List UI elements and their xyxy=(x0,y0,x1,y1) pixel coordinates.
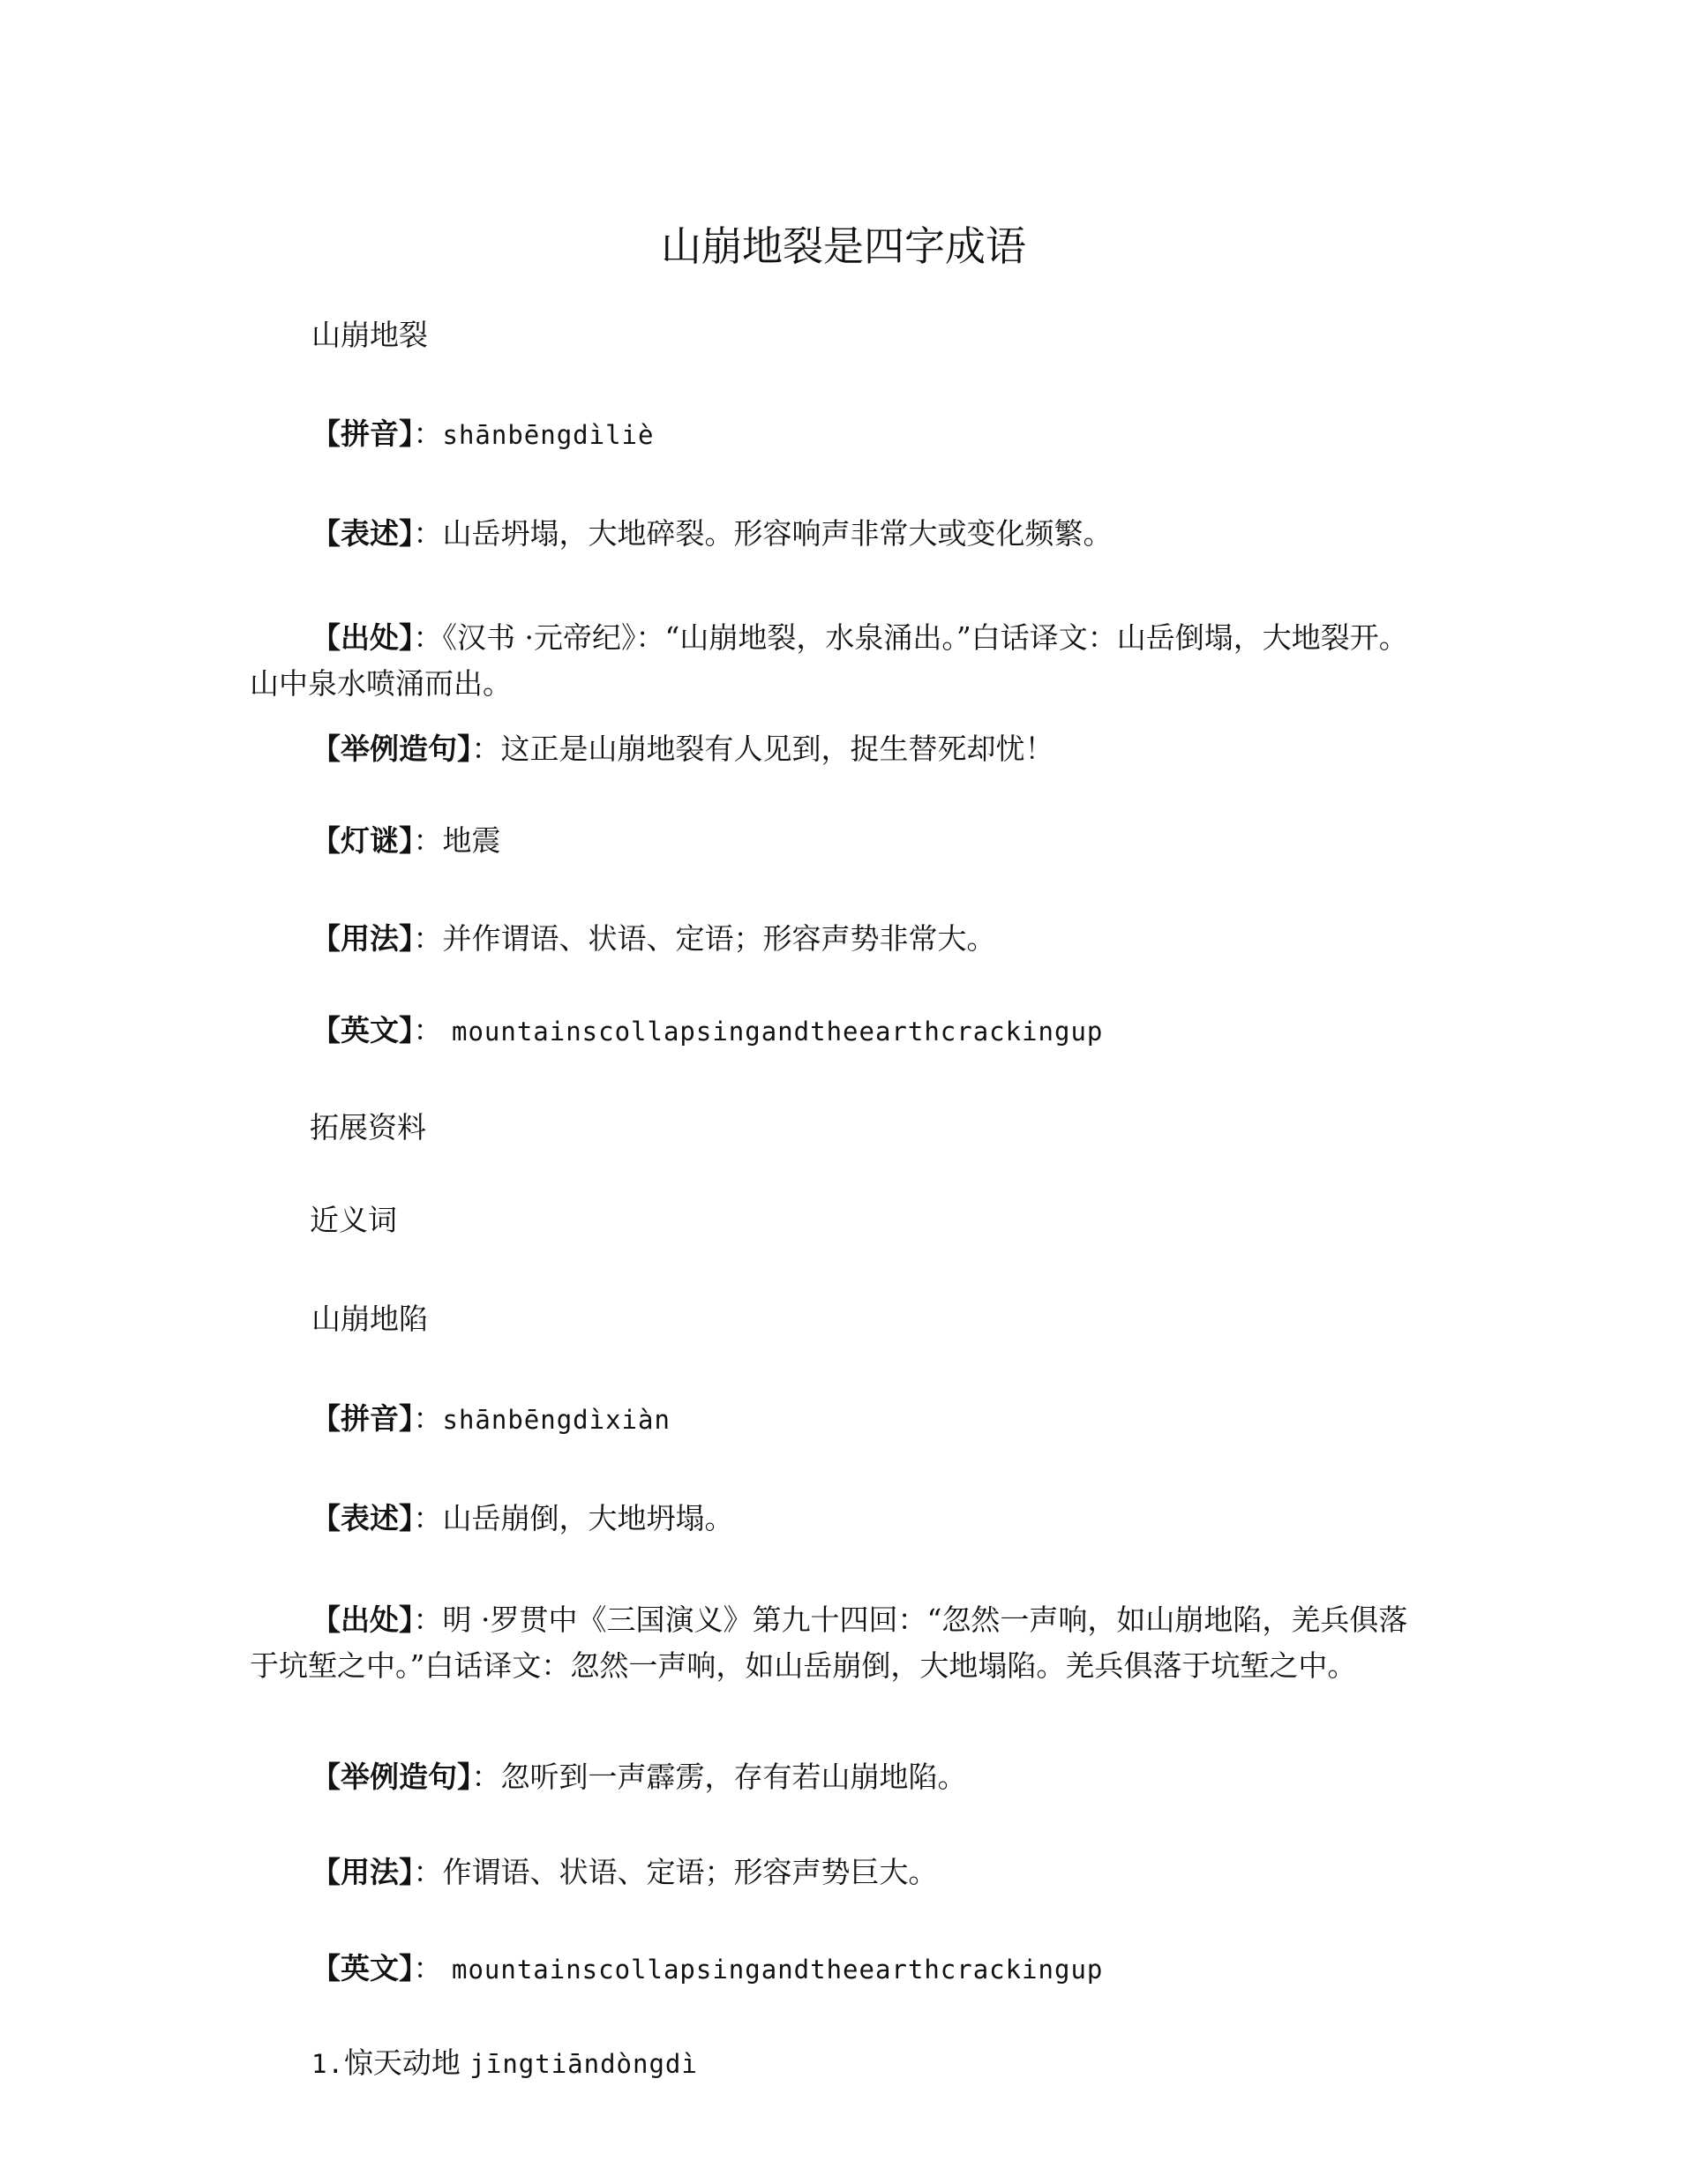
usage-value: 作谓语、状语、定语；形容声势巨大。 xyxy=(443,1855,938,1889)
biaoshu-value: 山岳坍塌，大地碎裂。形容响声非常大或变化频繁。 xyxy=(443,516,1113,551)
riddle-line: 【灯谜】：地震 xyxy=(311,818,501,864)
english-value: mountainscollapsingandtheearthcrackingup xyxy=(452,1955,1103,1985)
field-label: 【表述】 xyxy=(311,516,414,551)
field-separator: ： xyxy=(414,516,443,551)
field-label: 【英文】 xyxy=(311,1951,414,1985)
list-number: 1. xyxy=(311,2049,344,2079)
list-item: 1.惊天动地 jīngtiāndòngdì xyxy=(311,2040,698,2087)
field-label: 【用法】 xyxy=(311,1855,414,1889)
chuchu-paragraph: 【出处】：明 ·罗贯中《三国演义》第九十四回：“忽然一声响，如山崩地陷，羌兵俱落… xyxy=(250,1597,1432,1689)
field-separator: ： xyxy=(414,620,443,655)
english-line: 【英文】： mountainscollapsingandtheearthcrac… xyxy=(311,1008,1103,1054)
usage-line: 【用法】：并作谓语、状语、定语；形容声势非常大。 xyxy=(311,916,996,962)
page-title: 山崩地裂是四字成语 xyxy=(0,220,1687,273)
section-heading-extended: 拓展资料 xyxy=(310,1105,426,1151)
entry-heading: 山崩地陷 xyxy=(311,1296,428,1342)
english-value: mountainscollapsingandtheearthcrackingup xyxy=(452,1017,1103,1047)
example-line: 【举例造句】：忽听到一声霹雳，存有若山崩地陷。 xyxy=(311,1754,967,1800)
field-label: 【拼音】 xyxy=(311,417,414,451)
chuchu-paragraph: 【出处】：《汉书 ·元帝纪》：“山崩地裂，水泉涌出。”白话译文：山岳倒塌，大地裂… xyxy=(250,615,1432,707)
field-label: 【举例造句】 xyxy=(311,732,472,766)
field-label: 【出处】 xyxy=(311,620,414,655)
biaoshu-value: 山岳崩倒，大地坍塌。 xyxy=(443,1501,734,1535)
field-label: 【表述】 xyxy=(311,1501,414,1535)
field-separator: ： xyxy=(414,1501,443,1535)
usage-value: 并作谓语、状语、定语；形容声势非常大。 xyxy=(443,921,996,956)
example-value: 忽听到一声霹雳，存有若山崩地陷。 xyxy=(501,1760,967,1794)
english-line: 【英文】： mountainscollapsingandtheearthcrac… xyxy=(311,1946,1103,1993)
pinyin-value: shānbēngdìxiàn xyxy=(443,1405,671,1435)
field-label: 【灯谜】 xyxy=(311,823,414,858)
usage-line: 【用法】：作谓语、状语、定语；形容声势巨大。 xyxy=(311,1850,938,1895)
field-separator: ： xyxy=(414,1401,443,1436)
field-label: 【出处】 xyxy=(311,1602,414,1637)
riddle-value: 地震 xyxy=(443,823,501,858)
example-line: 【举例造句】：这正是山崩地裂有人见到，捉生替死却忧！ xyxy=(311,726,1054,772)
field-separator: ： xyxy=(414,1602,443,1637)
field-separator: ： xyxy=(414,921,443,956)
section-heading-synonyms: 近义词 xyxy=(310,1197,397,1243)
entry-heading: 山崩地裂 xyxy=(311,312,428,358)
field-separator: ： xyxy=(414,1951,443,1985)
pinyin-value: shānbēngdìliè xyxy=(443,420,655,450)
pinyin-line: 【拼音】：shānbēngdìxiàn xyxy=(311,1396,671,1443)
list-word: 惊天动地 xyxy=(344,2045,461,2080)
field-label: 【拼音】 xyxy=(311,1401,414,1436)
pinyin-line: 【拼音】：shānbēngdìliè xyxy=(311,411,654,458)
field-separator: ： xyxy=(414,823,443,858)
field-label: 【英文】 xyxy=(311,1013,414,1047)
list-pinyin: jīngtiāndòngdì xyxy=(469,2049,697,2079)
biaoshu-line: 【表述】：山岳坍塌，大地碎裂。形容响声非常大或变化频繁。 xyxy=(311,511,1113,557)
field-separator: ： xyxy=(472,1760,501,1794)
field-separator: ： xyxy=(414,1013,443,1047)
field-separator: ： xyxy=(472,732,501,766)
example-value: 这正是山崩地裂有人见到，捉生替死却忧！ xyxy=(501,732,1054,766)
field-separator: ： xyxy=(414,417,443,451)
biaoshu-line: 【表述】：山岳崩倒，大地坍塌。 xyxy=(311,1496,734,1542)
field-label: 【用法】 xyxy=(311,921,414,956)
field-label: 【举例造句】 xyxy=(311,1760,472,1794)
field-separator: ： xyxy=(414,1855,443,1889)
